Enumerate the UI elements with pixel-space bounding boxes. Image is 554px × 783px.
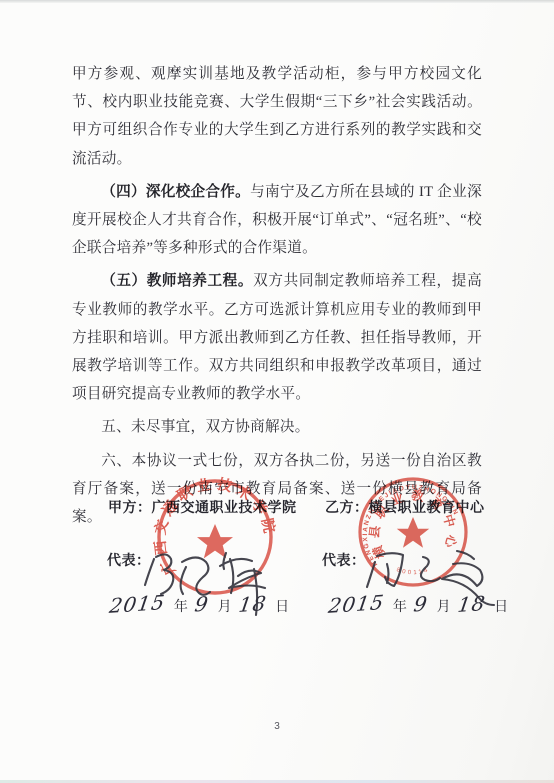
paragraph-section-4: （四）深化校企合作。与南宁及乙方所在县域的 IT 企业深度开展校企人才共育合作，… (72, 178, 482, 263)
section-4-heading: （四）深化校企合作。 (101, 184, 250, 200)
party-a-signature (140, 535, 285, 620)
scanned-agreement-page: 甲方参观、观摩实训基地及教学活动柜，参与甲方校园文化节、校内职业技能竞赛、大学生… (0, 0, 554, 783)
clause-5-text: 五、未尽事宜，双方协商解决。 (101, 419, 310, 435)
document-body: 甲方参观、观摩实训基地及教学活动柜，参与甲方校园文化节、校内职业技能竞赛、大学生… (72, 60, 482, 536)
scan-edge-top (0, 0, 554, 3)
page-number: 3 (0, 721, 554, 732)
section-5-heading: （五）教师培养工程。 (101, 273, 253, 289)
paragraph-section-5: （五）教师培养工程。双方共同制定教师培养工程，提高专业教师的教学水平。乙方可选派… (72, 267, 482, 408)
paragraph-continuation: 甲方参观、观摩实训基地及教学活动柜，参与甲方校园文化节、校内职业技能竞赛、大学生… (72, 60, 482, 173)
section-5-text: 双方共同制定教师培养工程，提高专业教师的教学水平。乙方可选派计算机应用专业的教师… (72, 273, 482, 402)
clause-5: 五、未尽事宜，双方协商解决。 (72, 413, 482, 441)
paragraph-text: 甲方参观、观摩实训基地及教学活动柜，参与甲方校园文化节、校内职业技能竞赛、大学生… (72, 66, 482, 167)
party-b-signature (365, 534, 500, 612)
